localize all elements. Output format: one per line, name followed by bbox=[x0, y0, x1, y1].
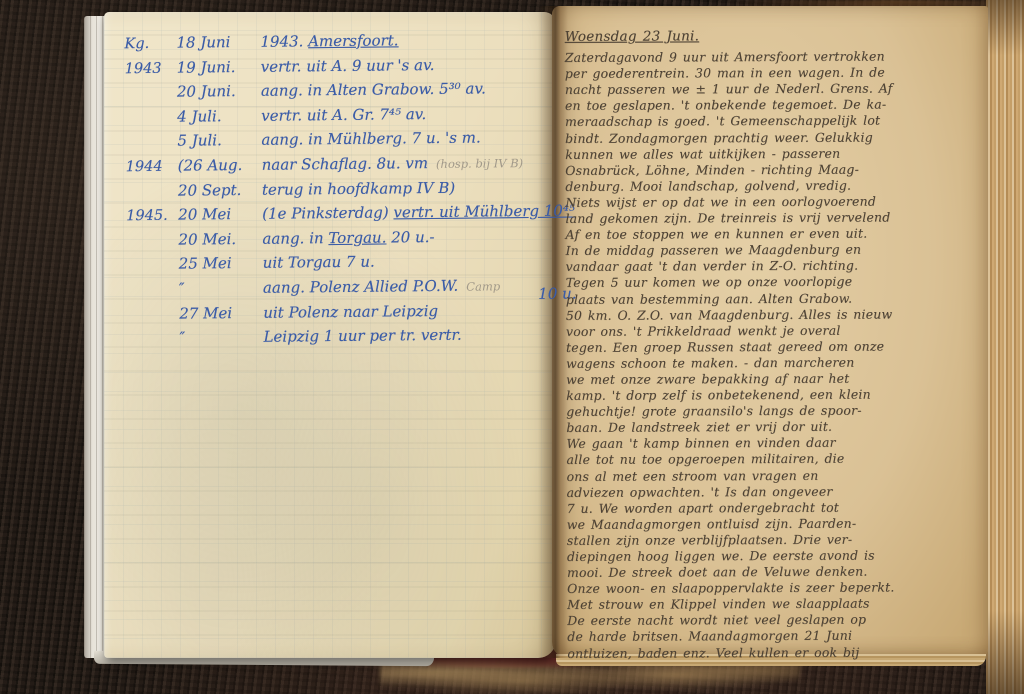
entry-date-label: 20 Mei. bbox=[178, 230, 262, 249]
entry-text: terug in hoofdkamp IV B) bbox=[262, 178, 501, 199]
handwritten-line: we Maandagmorgen ontluisd zijn. Paarden- bbox=[567, 515, 981, 533]
pencil-annotation: (hosp. bij IV B) bbox=[436, 156, 523, 171]
entry-date-label: ″ bbox=[179, 328, 263, 347]
handwritten-line: We gaan 't kamp binnen en vinden daar bbox=[566, 434, 980, 452]
entry-text: aang. in Mühlberg. 7 u. 's m. bbox=[261, 128, 526, 149]
left-page-entries: Kg. 18 Juni 1943. Amersfoort. 1943 19 Ju… bbox=[124, 30, 551, 354]
entry-date-label: 20 Juni. bbox=[177, 82, 261, 101]
entry-text: aang. Polenz Allied P.O.W.Camp10 u. bbox=[263, 275, 577, 296]
entry-text: aang. in Alten Grabow. 5³⁰ av. bbox=[261, 79, 532, 100]
entry-text: uit Polenz naar Leipzig bbox=[263, 301, 484, 321]
handwritten-line: per goederentrein. 30 man in een wagen. … bbox=[565, 64, 979, 82]
entry-year-label bbox=[125, 97, 177, 98]
entry-year-label bbox=[127, 294, 179, 295]
handwritten-line: voor ons. 't Prikkeldraad wenkt je overa… bbox=[566, 322, 980, 340]
entry-date-label: 20 Mei bbox=[178, 205, 262, 224]
handwritten-line: Zaterdagavond 9 uur uit Amersfoort vertr… bbox=[565, 48, 979, 66]
right-page-block-edge bbox=[986, 0, 1024, 694]
entry-year-label: 1944 bbox=[126, 159, 178, 176]
right-page-entry: Woensdag 23 Juni. Zaterdagavond 9 uur ui… bbox=[565, 27, 982, 661]
entry-text: naar Schaflag. 8u. vm(hosp. bij IV B) bbox=[262, 153, 562, 174]
entry-date-label: 20 Sept. bbox=[178, 180, 262, 199]
handwritten-line: 7 u. We worden apart ondergebracht tot bbox=[567, 499, 981, 517]
entry-year-label bbox=[126, 146, 178, 147]
entry-year-label bbox=[127, 269, 179, 270]
entry-text: Leipzig 1 uur per tr. vertr. bbox=[263, 325, 507, 346]
entry-date-label: ″ bbox=[179, 279, 263, 298]
handwritten-line: Niets wijst er op dat we in een oorlogvo… bbox=[565, 193, 979, 211]
entry-date-label: 18 Juni bbox=[176, 33, 260, 52]
handwritten-line: nacht passeren we ± 1 uur de Nederl. Gre… bbox=[565, 80, 979, 98]
handwritten-line: adviezen opwachten. 't Is dan ongeveer bbox=[567, 483, 981, 501]
entry-year-label bbox=[127, 318, 179, 319]
entry-date-label: (26 Aug. bbox=[178, 156, 262, 175]
pencil-annotation: Camp bbox=[466, 279, 500, 293]
entry-text: vertr. uit A. Gr. 7⁴⁵ av. bbox=[261, 104, 472, 124]
handwritten-line: Osnabrück, Löhne, Minden - richting Maag… bbox=[565, 161, 979, 179]
entry-text: vertr. uit A. 9 uur 's av. bbox=[261, 55, 481, 75]
entry-year-label: 1943 bbox=[125, 60, 177, 77]
entry-heading: Woensdag 23 Juni. bbox=[565, 27, 979, 45]
handwritten-line: 50 km. O. Z.O. van Maagdenburg. Alles is… bbox=[566, 306, 980, 324]
entry-year-label bbox=[128, 343, 180, 344]
handwritten-line: stallen zijn onze verblijfplaatsen. Drie… bbox=[567, 531, 981, 549]
diary-spread-photo: Kg. 18 Juni 1943. Amersfoort. 1943 19 Ju… bbox=[0, 0, 1024, 694]
handwritten-line: Tegen 5 uur komen we op onze voorlopige bbox=[566, 274, 980, 292]
entry-text: aang. in Torgau. 20 u.- bbox=[262, 227, 480, 247]
handwritten-line: wagens schoon te maken. - dan marcheren bbox=[566, 354, 980, 372]
handwritten-line: bindt. Zondagmorgen prachtig weer. Geluk… bbox=[565, 129, 979, 147]
entry-year-label: 1945. bbox=[126, 208, 178, 225]
entry-text: uit Torgau 7 u. bbox=[263, 252, 421, 272]
entry-date-label: 4 Juli. bbox=[177, 107, 261, 126]
entry-date-label: 5 Juli. bbox=[177, 131, 261, 150]
entry-date-label: 25 Mei bbox=[179, 254, 263, 273]
handwritten-line: alle tot nu toe opgeroepen militairen, d… bbox=[566, 451, 980, 469]
entry-text: 1943. Amersfoort. bbox=[260, 31, 444, 51]
handwritten-line: Af en toe stoppen we en kunnen er even u… bbox=[565, 225, 979, 243]
entry-body: Zaterdagavond 9 uur uit Amersfoort vertr… bbox=[565, 48, 982, 661]
handwritten-line: tegen. Een groep Russen staat gereed om … bbox=[566, 338, 980, 356]
handwritten-line: mooi. De streek doet aan de Veluwe denke… bbox=[567, 563, 981, 581]
handwritten-line: vandaar gaat 't dan verder in Z-O. richt… bbox=[566, 257, 980, 275]
handwritten-line: De eerste nacht wordt niet veel geslapen… bbox=[567, 611, 981, 629]
entry-year-label bbox=[127, 244, 179, 245]
handwritten-line: land gekomen zijn. De treinreis is vrij … bbox=[565, 209, 979, 227]
handwritten-line: diepingen hoog liggen we. De eerste avon… bbox=[567, 547, 981, 565]
handwritten-line: ons al met een stroom van vragen en bbox=[567, 467, 981, 485]
handwritten-line: Met strouw en Klippel vinden we slaappla… bbox=[567, 595, 981, 613]
handwritten-line: Onze woon- en slaapoppervlakte is zeer b… bbox=[567, 579, 981, 597]
entry-date-label: 27 Mei bbox=[179, 303, 263, 322]
handwritten-line: plaats van bestemming aan. Alten Grabow. bbox=[566, 290, 980, 308]
handwritten-line: en toe geslapen. 't onbekende tegemoet. … bbox=[565, 96, 979, 114]
handwritten-line: ontluizen, baden enz. Veel kullen er ook… bbox=[567, 644, 981, 662]
handwritten-line: denburg. Mooi landschap, golvend, vredig… bbox=[565, 177, 979, 195]
handwritten-line: kamp. 't dorp zelf is onbetekenend, een … bbox=[566, 386, 980, 404]
handwritten-line: de harde britsen. Maandagmorgen 21 Juni bbox=[567, 628, 981, 646]
handwritten-line: meraadschap is goed. 't Gemeenschappelij… bbox=[565, 113, 979, 131]
handwritten-line: gehuchtje! grote graansilo's langs de sp… bbox=[566, 402, 980, 420]
handwritten-line: baan. De landstreek ziet er vrij dor uit… bbox=[566, 418, 980, 436]
entry-date-label: 19 Juni. bbox=[177, 57, 261, 76]
entry-year-label bbox=[125, 121, 177, 122]
entry-year-label: Kg. bbox=[124, 36, 176, 53]
handwritten-line: kunnen we alles wat uitkijken - passeren bbox=[565, 145, 979, 163]
handwritten-line: In de middag passeren we Maagdenburg en bbox=[566, 241, 980, 259]
handwritten-line: we met onze zware bepakking af naar het bbox=[566, 370, 980, 388]
diary-entry-row: ″ Leipzig 1 uur per tr. vertr. bbox=[127, 325, 551, 354]
entry-year-label bbox=[126, 195, 178, 196]
